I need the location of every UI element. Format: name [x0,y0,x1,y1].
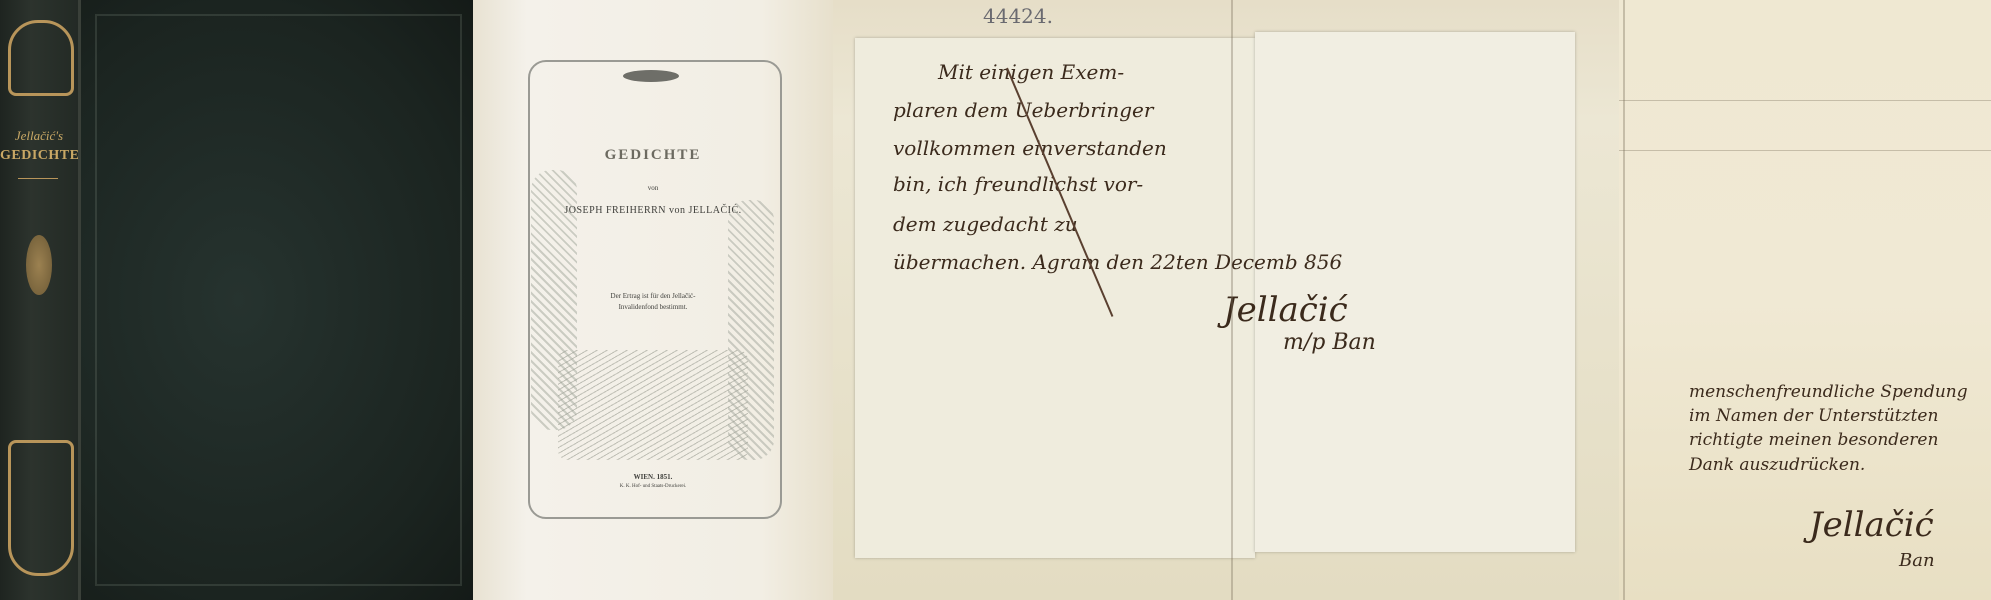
cover-blind-border [95,14,462,586]
right-line-2: im Namen der Unterstützten [1689,406,1938,426]
spine-rule [18,178,58,179]
spine-author: Jellačić's [0,128,78,144]
title-by: von [473,184,833,192]
title-author: JOSEPH FREIHERRN von JELLAČIĆ. [473,205,833,216]
book-spine: Jellačić's GEDICHTE. [0,0,78,600]
letter-left: 44424. Mit einigen Exem- plaren dem Uebe… [833,0,1619,600]
title-place-year: WIEN. 1851. [473,473,833,481]
letter-line-4: bin, ich freundlichst vor- [893,172,1143,196]
title-printer: K. K. Hof- und Staats-Druckerei. [473,484,833,489]
title-note-2: Invalidenfond bestimmt. [473,303,833,311]
title-page: GEDICHTE von JOSEPH FREIHERRN von JELLAČ… [473,0,833,600]
spine-ornament-bottom [8,440,74,576]
right-line-3: richtigte meinen besonderen [1689,430,1938,450]
letter-line-3: vollkommen einverstanden [893,136,1167,160]
fold-line-top [1619,100,1991,101]
page-edge [1623,0,1625,600]
letter-line-6: übermachen. Agram den 22ten Decemb 856 [893,250,1342,274]
spine-title: GEDICHTE. [0,148,78,164]
signature-title: m/p Ban [1283,330,1376,355]
letter-line-1: Mit einigen Exem- [938,60,1124,84]
fold-line [1231,0,1233,600]
archive-number: 44424. [983,4,1053,28]
eagle-icon [623,70,679,82]
right-line-1: menschenfreundliche Spendung [1689,382,1968,402]
spine-ornament-top [8,20,74,96]
fold-line-mid [1619,150,1991,151]
book-cover [78,0,476,600]
title-heading: GEDICHTE [473,147,833,164]
spine-floral-icon [26,235,52,295]
title-note-1: Der Ertrag ist für den Jellačić- [473,292,833,300]
right-signature: Jellačić [1809,505,1934,545]
letter-line-5: dem zugedacht zu [893,212,1078,236]
letter-right: menschenfreundliche Spendung im Namen de… [1619,0,1991,600]
figures-illustration [558,350,748,460]
right-line-4: Dank auszudrücken. [1689,455,1865,475]
right-signature-title: Ban [1899,550,1935,571]
signature: Jellačić [1223,290,1348,330]
